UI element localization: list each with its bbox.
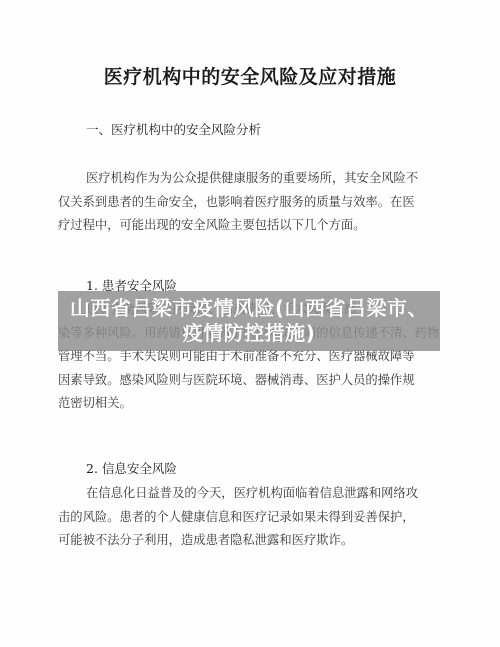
intro-paragraph: 医疗机构作为为公众提供健康服务的重要场所，其安全风险不 仅关系到患者的生命安全，…	[58, 167, 442, 238]
document-title: 医疗机构中的安全风险及应对措施	[0, 62, 500, 89]
overlay-title-line-1: 山西省吕梁市疫情风险(山西省吕梁市、	[70, 296, 428, 321]
paragraph-line: 范密切相关。	[58, 392, 442, 416]
paragraph-line: 疗过程中，可能出现的安全风险主要包括以下几个方面。	[58, 214, 442, 238]
info-security-paragraph: 在信息化日益普及的今天，医疗机构面临着信息泄露和网络攻 击的风险。患者的个人健康…	[58, 482, 442, 553]
title-overlay-banner: 山西省吕梁市疫情风险(山西省吕梁市、 疫情防控措施)	[58, 291, 440, 351]
paragraph-line: 可能被不法分子利用，造成患者隐私泄露和医疗欺诈。	[58, 529, 442, 553]
paragraph-line: 仅关系到患者的生命安全，也影响着医疗服务的质量与效率。在医	[58, 191, 442, 215]
paragraph-line: 因素导致。感染风险则与医院环境、器械消毒、医护人员的操作规	[58, 369, 442, 393]
paragraph-line: 击的风险。患者的个人健康信息和医疗记录如果未得到妥善保护，	[58, 506, 442, 530]
overlay-title-line-2: 疫情防控措施)	[183, 321, 316, 346]
paragraph-line: 在信息化日益普及的今天，医疗机构面临着信息泄露和网络攻	[58, 482, 442, 506]
paragraph-line: 医疗机构作为为公众提供健康服务的重要场所，其安全风险不	[58, 167, 442, 191]
document-page: 医疗机构中的安全风险及应对措施 一、医疗机构中的安全风险分析 医疗机构作为为公众…	[0, 0, 500, 647]
section-heading-1: 一、医疗机构中的安全风险分析	[86, 120, 261, 138]
subsection-heading-info-security: 2. 信息安全风险	[86, 459, 177, 477]
